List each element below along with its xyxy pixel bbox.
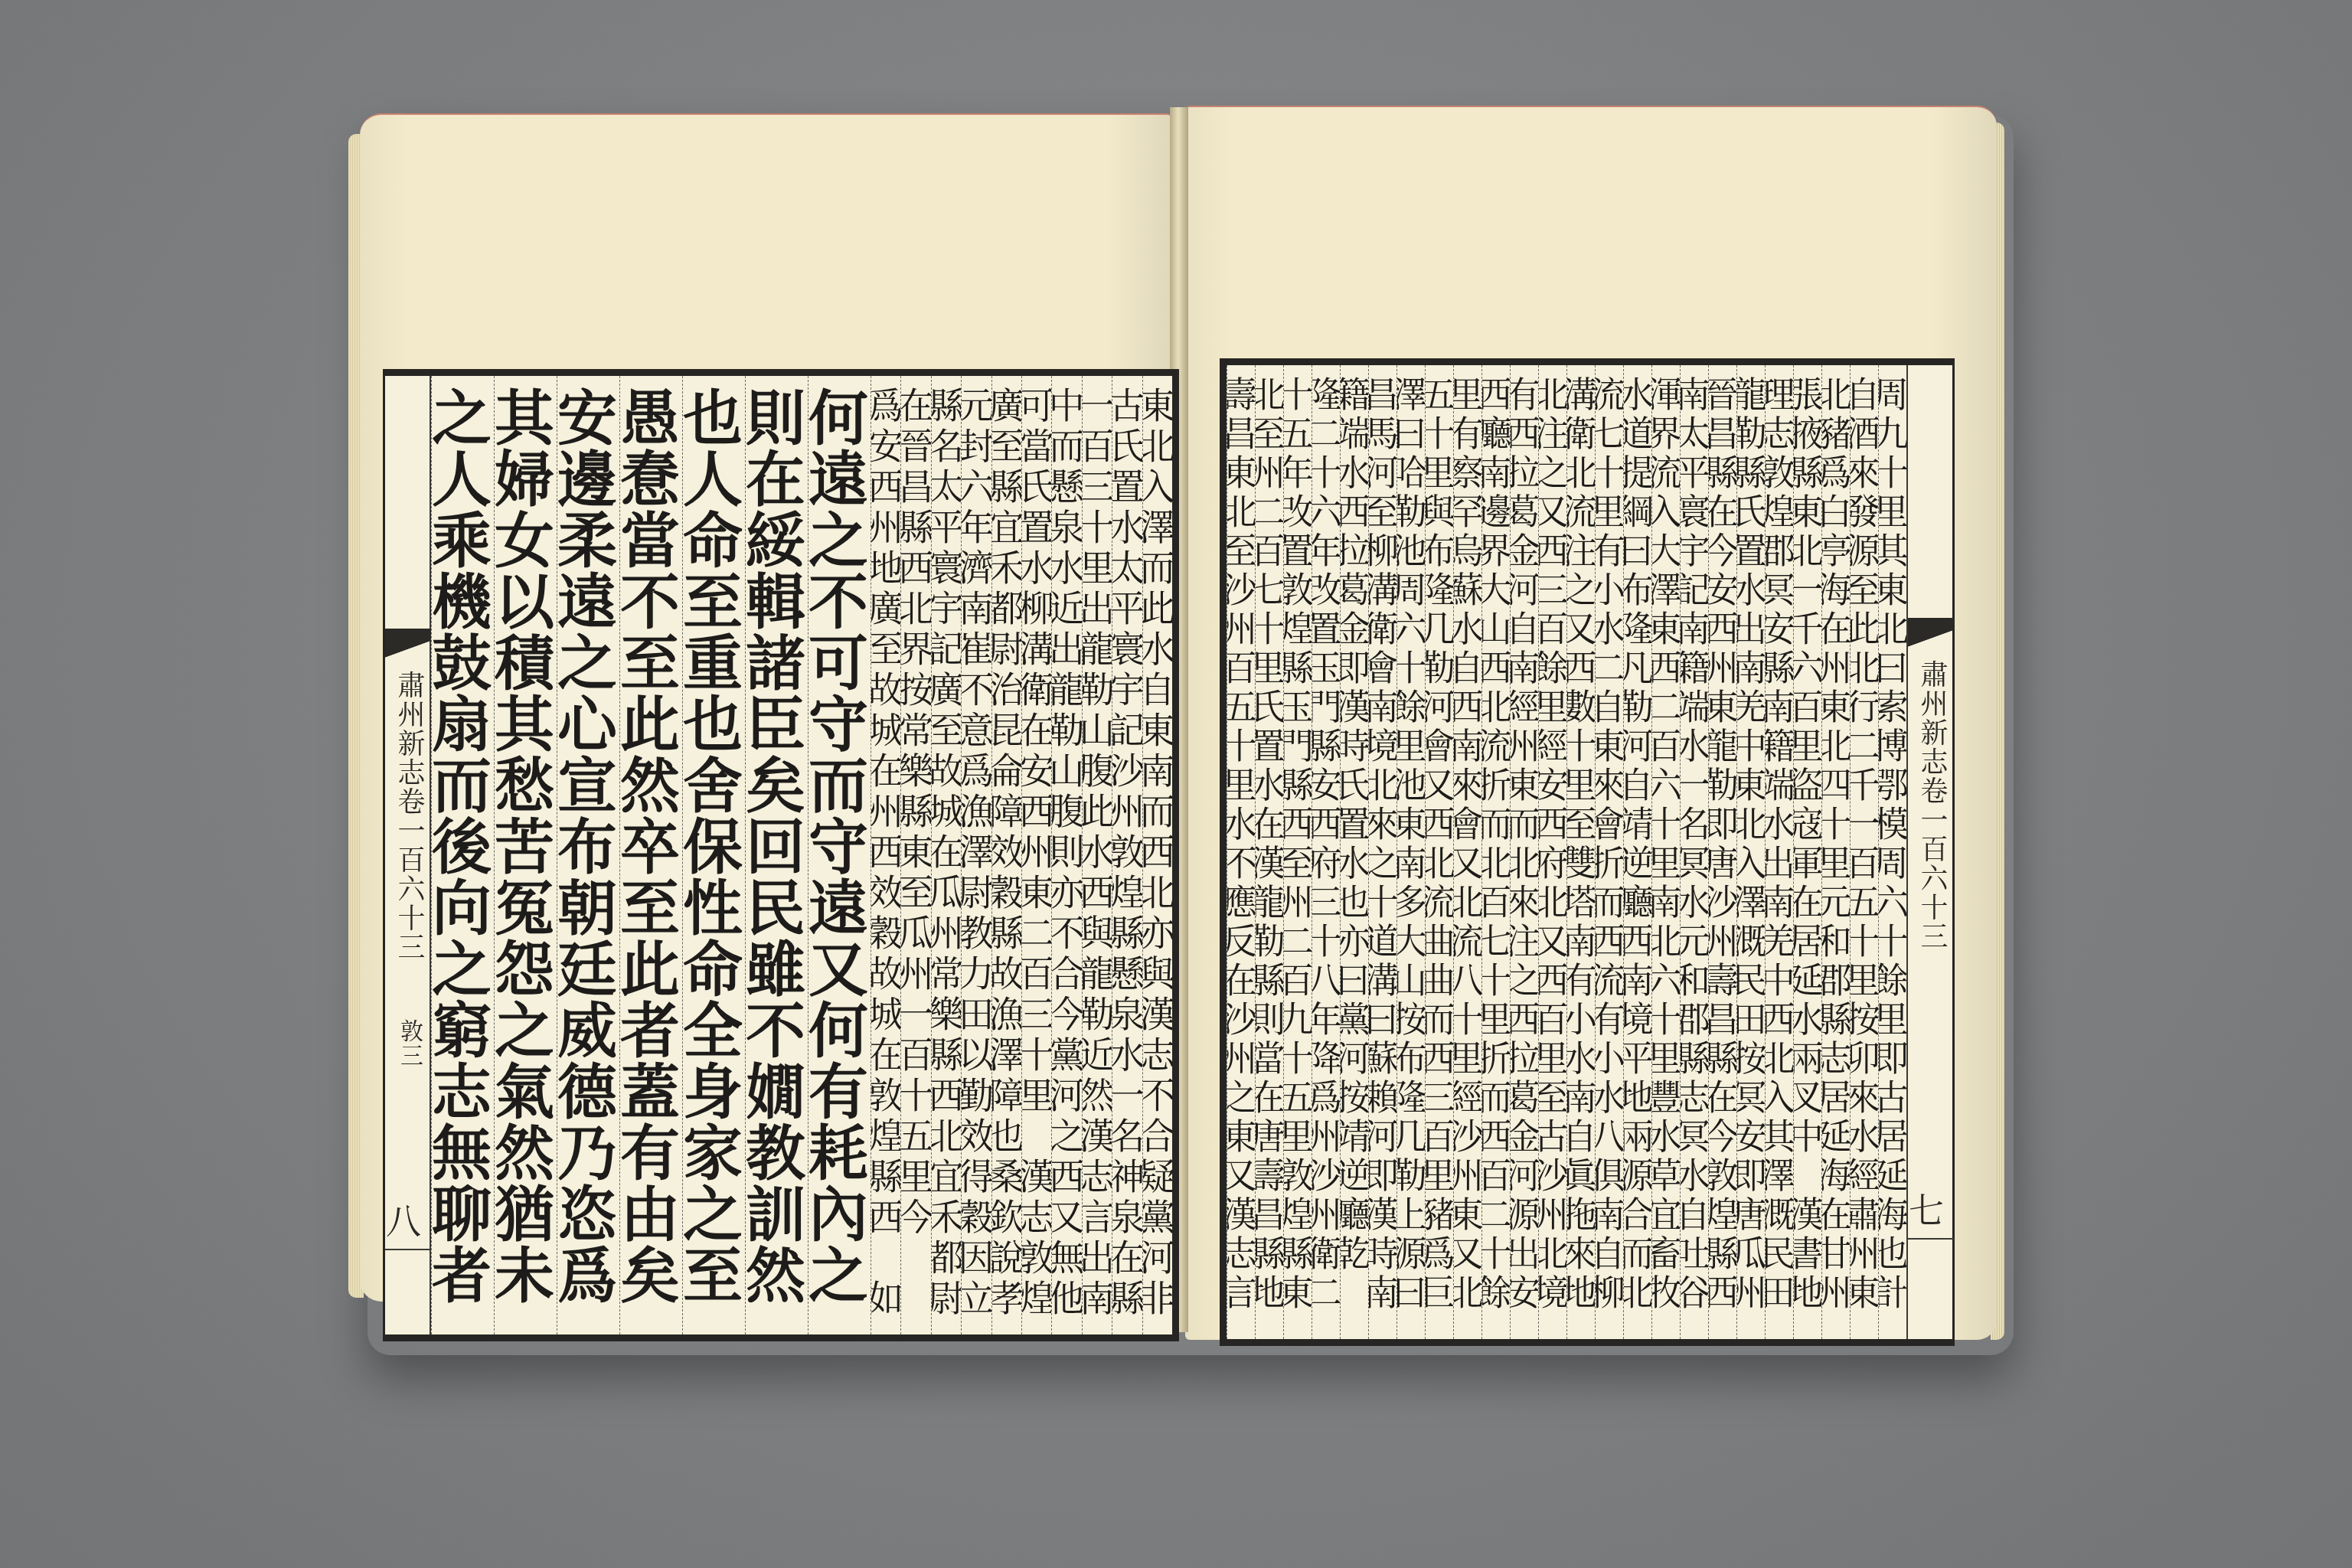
right-fold-page-number: 七: [1914, 1192, 1949, 1227]
text-column: 東北入澤而此水自東南而西北亦與漢志不合疑黨河非即: [1142, 376, 1172, 1334]
text-column: 爲安西州地廣至故城在州西效穀故城在敦煌縣西 如是則: [871, 376, 900, 1334]
text-column: 水道提綱曰布隆凡勒河自靖逆廳西南境平地兩源合而北: [1623, 365, 1651, 1339]
text-column: 則在綏輯諸臣矣回民雖不嫺教訓然頗知敬官長安全至樂: [745, 376, 808, 1334]
text-column: 壽昌東北至沙州百五十里水不應反在沙州之東又漢志言: [1227, 365, 1255, 1339]
text-column: 北至州二百七十里氏置水在漢龍勒縣則當在唐壽昌縣地: [1255, 365, 1283, 1339]
right-fold-title: 肅州新志卷一百六十三: [1914, 660, 1949, 951]
text-column: 自酒來發源至此北行二千一百五十里按卯來水經肅州東: [1850, 365, 1878, 1339]
text-column: 十五年改置敦煌縣玉門縣西至州二百九十五里敦煌縣東: [1283, 365, 1312, 1339]
right-page-text-frame: 周九十里其東北曰索博鄂模周六十餘里即古居延海也計自酒來發源至此北行二千一百五十里…: [1220, 358, 1955, 1346]
left-fold-margin: 肅州新志卷一百六十三 敦三 八: [385, 376, 431, 1334]
text-column: 可當氏置水柳溝衛在安西州東二百三十里 漢志敦煌郡: [1021, 376, 1051, 1334]
text-column: 澤曰哈勒池周六十餘里池東南多大山按布隆几勒上源曰: [1396, 365, 1425, 1339]
text-column: 廣至縣宜禾都尉治昆侖障效穀縣故漁澤障也桑欽說孝武: [991, 376, 1021, 1334]
text-column: 籍端水西拉葛金即漢時氏置水也亦曰黨河按靖逆廳乾: [1340, 365, 1368, 1339]
fishtail-mark-icon: [1908, 618, 1954, 653]
text-column: 流七十里有小水二自東來會折而西流有小水八俱南自柳: [1595, 365, 1623, 1339]
left-fold-section: 敦三: [391, 1019, 426, 1068]
text-column: 縣名太平寰宇記廣至故城在瓜州常樂縣西北宜禾都尉城: [931, 376, 961, 1334]
text-column: 五十里與布隆几勒河會又西北流曲曲而西三百里豬爲巨: [1425, 365, 1453, 1339]
text-column: 晉昌縣在今安西州東龍勒即唐沙州壽昌縣在今敦煌縣西: [1708, 365, 1736, 1339]
text-column: 也人命至重也舍保性命全身家之至計而反樂於從逆即極: [682, 376, 745, 1334]
fishtail-mark-icon: [385, 629, 431, 664]
text-column: 隆二十六年改置玉門縣安西府三十八年降爲州沙州衛二: [1312, 365, 1340, 1339]
fold-rule: [385, 1249, 431, 1250]
left-fold-page-number: 八: [391, 1203, 426, 1238]
text-column: 北豬爲白亭海在州東北四十里元和郡縣志居延海在甘州: [1821, 365, 1850, 1339]
right-text-columns: 周九十里其東北曰索博鄂模周六十餘里即古居延海也計自酒來發源至此北行二千一百五十里…: [1227, 365, 1906, 1339]
fold-rule: [1908, 1238, 1954, 1240]
text-column: 在晉昌縣西北界按常樂縣東至瓜州一百十五里今: [900, 376, 930, 1334]
text-column: 有西拉葛金河自南經州東而北來注之西拉葛金河源出安: [1510, 365, 1538, 1339]
text-column: 溝衛北流注之又西數十里至雙塔南有小水南自眞拖來地: [1566, 365, 1595, 1339]
text-column: 中而懸泉水近出龍勒山腹則亦不合今黨河之西又無他水: [1051, 376, 1081, 1334]
text-column: 愚惷當不至此然卒至此者蓋有由矣鎮守諸臣不仰體皇上: [619, 376, 682, 1334]
text-column: 張掖縣東北一千六百里盜寇軍在居延水兩叉中 漢書地: [1793, 365, 1821, 1339]
text-column: 安邊柔遠之心宣布朝廷威德乃恣爲貪酷侵奪其財貨虜辱: [557, 376, 619, 1334]
text-column: 昌馬河至柳溝衛會南境北來之十道溝曰蘇賴河即漢時南: [1368, 365, 1396, 1339]
text-column: 其婦女以積其愁苦冤怨之氣然猶未遽叛也一有桀黠凶悍: [494, 376, 557, 1334]
text-column: 龍勒縣氏置水出南羌中東北入澤溉民田按冥安即唐瓜州: [1736, 365, 1765, 1339]
left-fold-title: 肅州新志卷一百六十三: [391, 671, 426, 962]
text-column: 南太平寰宇記南籍端水一名冥水元和郡縣志冥水自吐谷: [1680, 365, 1708, 1339]
text-column: 里有察罕烏蘇水自西南來會又北流八十里經沙州東又北: [1453, 365, 1481, 1339]
text-column: 古氏置水太平寰宇記沙州敦煌縣懸泉水一名神泉在縣西: [1112, 376, 1142, 1334]
left-text-columns: 東北入澤而此水自東南而西北亦與漢志不合疑黨河非即古氏置水太平寰宇記沙州敦煌縣懸泉…: [431, 376, 1172, 1334]
right-fold-margin: 肅州新志卷一百六十三 七: [1906, 365, 1952, 1339]
text-column: 一百三十里出龍勒山腹此水西與龍勒近然漢志言出南羌: [1082, 376, 1112, 1334]
left-page-text-frame: 肅州新志卷一百六十三 敦三 八 東北入澤而此水自東南而西北亦與漢志不合疑黨河非即…: [383, 369, 1179, 1341]
text-column: 之人乘機鼓扇而後向之窮志無聊者皆揭竿起矣不觀後漢: [431, 376, 494, 1334]
text-column: 渾界流入大澤東西二百六十里南北六十里豐水草宜畜牧: [1651, 365, 1680, 1339]
text-column: 元封六年濟南崔不意爲漁澤尉教力田以勤效得穀因立爲: [961, 376, 991, 1334]
text-column: 北注之又西三百餘里經安西府北又西百里至古沙州北境: [1538, 365, 1566, 1339]
text-column: 何遠之不可守而守遠又何有耗內之患哉然欲使回疆永靖: [808, 376, 871, 1334]
text-column: 西廳南邊界大山西北流折而北百七十里折而西百二十餘: [1481, 365, 1510, 1339]
text-column: 理志敦煌郡冥安縣南籍端水出南羌中西北入其澤溉民田: [1765, 365, 1793, 1339]
